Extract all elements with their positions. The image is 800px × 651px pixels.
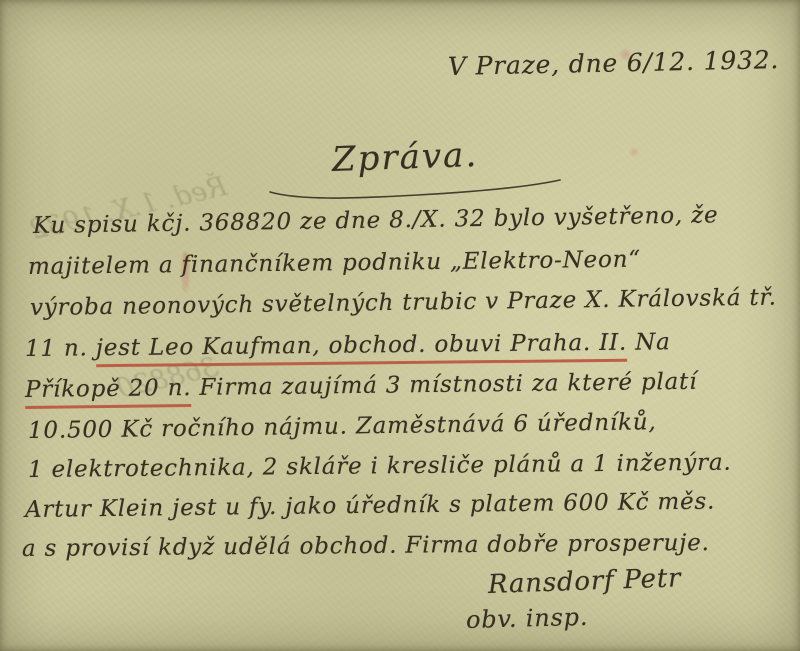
body-line-9: a s provisí když udělá obchod. Firma dob… xyxy=(22,527,710,565)
body-line-5-rest: Firma zaujímá 3 místnosti za které platí xyxy=(191,369,697,401)
dateline: V Praze, dne 6/12. 1932. xyxy=(448,45,780,81)
body-line-4-pre: 11 n. xyxy=(25,335,96,362)
body-line-5: Příkopě 20 n. Firma zaujímá 3 místnosti … xyxy=(25,366,698,406)
body-line-4: 11 n. jest Leo Kaufman, obchod. obuvi Pr… xyxy=(25,326,671,365)
red-underlined-prikope: Příkopě 20 n. xyxy=(25,375,192,409)
body-line-4-post: Na xyxy=(627,329,671,355)
title-flourish-underline xyxy=(268,178,563,202)
body-line-2: majitelem a finančníkem podniku „Elektro… xyxy=(28,244,641,283)
signature-name: Ransdorf Petr xyxy=(487,563,681,600)
red-underlined-kaufman: jest Leo Kaufman, obchod. obuvi Praha. I… xyxy=(96,330,628,368)
pink-stain-small xyxy=(628,146,640,158)
scanned-document-page: Řed. 1.X. 1932 368820 V Praze, dne 6/12.… xyxy=(0,0,800,651)
body-line-7: 1 elektrotechnika, 2 skláře i kresliče p… xyxy=(28,447,732,486)
signature-title: obv. insp. xyxy=(466,603,589,634)
document-title: Zpráva. xyxy=(331,135,479,180)
